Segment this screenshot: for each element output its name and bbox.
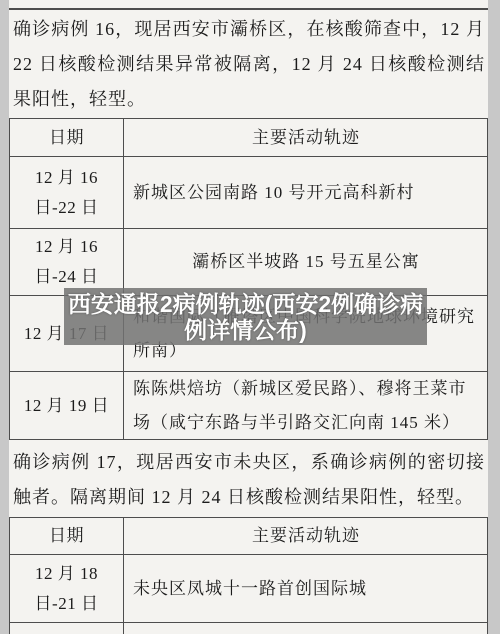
case17-trajectory-table: 日期 主要活动轨迹 12 月 18 日-21 日 未央区凤城十一路首创国际城 xyxy=(9,517,488,634)
table-row: 12 月 16 日-24 日 灞桥区半坡路 15 号五星公寓 xyxy=(10,228,487,295)
table2-activity-header: 主要活动轨迹 xyxy=(124,518,487,554)
caption-overlay-banner: 西安通报2病例轨迹(西安2例确诊病例详情公布) xyxy=(64,288,427,345)
activity-cell: 灞桥区半坡路 15 号五星公寓 xyxy=(124,229,487,295)
activity-cell xyxy=(124,623,487,634)
activity-cell: 新城区公园南路 10 号开元高科新村 xyxy=(124,157,487,228)
case17-paragraph: 确诊病例 17，现居西安市未央区，系确诊病例的密切接触者。隔离期间 12 月 2… xyxy=(13,445,485,515)
table-row-partial xyxy=(10,622,487,634)
table-row: 12 月 18 日-21 日 未央区凤城十一路首创国际城 xyxy=(10,554,487,622)
caption-overlay-title: 西安通报2病例轨迹(西安2例确诊病例详情公布) xyxy=(64,291,427,343)
table2-header-row: 日期 主要活动轨迹 xyxy=(10,518,487,554)
screenshot-stage: 确诊病例 16，现居西安市灞桥区，在核酸筛查中，12 月 22 日核酸检测结果异… xyxy=(0,0,500,634)
table1-date-header: 日期 xyxy=(10,119,124,156)
top-rule-divider xyxy=(9,8,488,10)
date-cell xyxy=(10,623,124,634)
table-row: 12 月 19 日 陈陈烘焙坊（新城区爱民路）、穆将王菜市场（咸宁东路与半引路交… xyxy=(10,371,487,439)
case16-paragraph: 确诊病例 16，现居西安市灞桥区，在核酸筛查中，12 月 22 日核酸检测结果异… xyxy=(13,12,485,117)
date-cell: 12 月 16 日-24 日 xyxy=(10,229,124,295)
activity-cell: 未央区凤城十一路首创国际城 xyxy=(124,555,487,622)
table1-activity-header: 主要活动轨迹 xyxy=(124,119,487,156)
date-cell: 12 月 18 日-21 日 xyxy=(10,555,124,622)
table1-header-row: 日期 主要活动轨迹 xyxy=(10,119,487,156)
table2-date-header: 日期 xyxy=(10,518,124,554)
case16-trajectory-table: 日期 主要活动轨迹 12 月 16 日-22 日 新城区公园南路 10 号开元高… xyxy=(9,118,488,440)
date-cell: 12 月 16 日-22 日 xyxy=(10,157,124,228)
activity-cell: 陈陈烘焙坊（新城区爱民路）、穆将王菜市场（咸宁东路与半引路交汇向南 145 米） xyxy=(124,372,487,439)
table-row: 12 月 16 日-22 日 新城区公园南路 10 号开元高科新村 xyxy=(10,156,487,228)
date-cell: 12 月 19 日 xyxy=(10,372,124,439)
